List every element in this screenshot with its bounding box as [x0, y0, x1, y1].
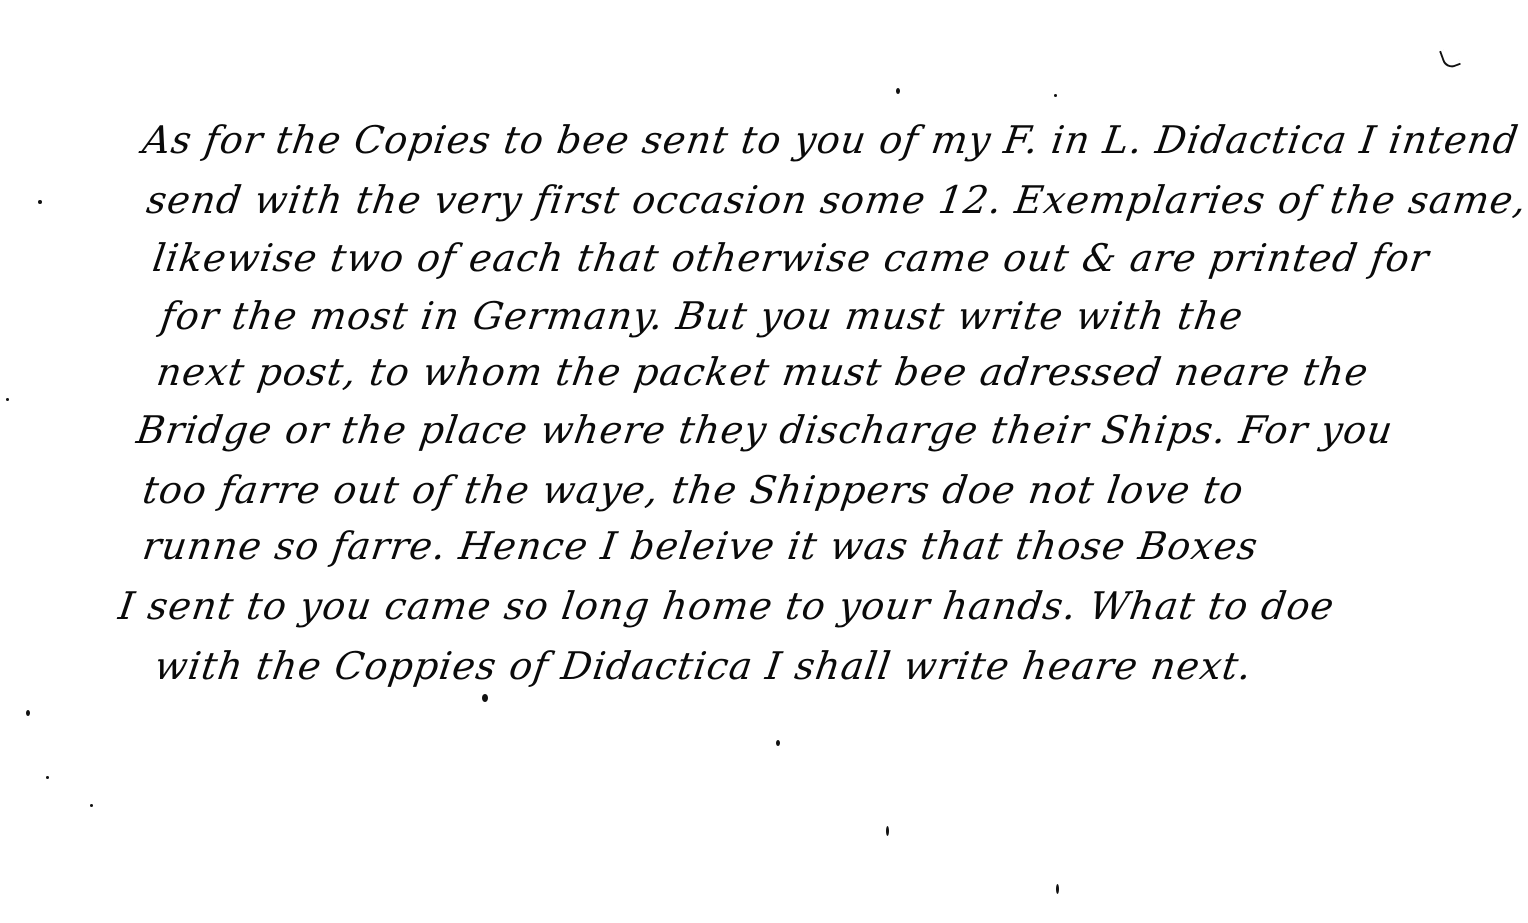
corner-pen-mark	[1439, 46, 1461, 70]
manuscript-line-4: for the most in Germany. But you must wr…	[158, 294, 1246, 338]
scan-speck	[886, 826, 889, 836]
manuscript-line-8: runne so farre. Hence I beleive it was t…	[140, 524, 1261, 568]
scan-speck	[896, 88, 900, 94]
manuscript-line-9: I sent to you came so long home to your …	[116, 584, 1337, 628]
manuscript-line-2: send with the very first occasion some 1…	[144, 178, 1528, 222]
manuscript-line-10: with the Coppies of Didactica I shall wr…	[152, 644, 1255, 688]
manuscript-line-1: As for the Copies to bee sent to you of …	[140, 118, 1528, 162]
manuscript-line-5: next post, to whom the packet must bee a…	[154, 350, 1372, 394]
scan-speck	[26, 710, 30, 716]
scan-speck	[6, 398, 9, 401]
scan-speck	[1054, 94, 1057, 97]
scan-speck	[90, 804, 93, 807]
scan-speck	[38, 200, 42, 204]
manuscript-page: As for the Copies to bee sent to you of …	[0, 0, 1528, 923]
manuscript-line-7: too farre out of the waye, the Shippers …	[140, 468, 1247, 512]
scan-speck	[1056, 884, 1059, 894]
scan-speck	[482, 694, 488, 702]
manuscript-line-6: Bridge or the place where they discharge…	[134, 408, 1396, 452]
scan-speck	[46, 776, 49, 779]
scan-speck	[776, 740, 780, 746]
manuscript-line-3: likewise two of each that otherwise came…	[150, 236, 1432, 280]
